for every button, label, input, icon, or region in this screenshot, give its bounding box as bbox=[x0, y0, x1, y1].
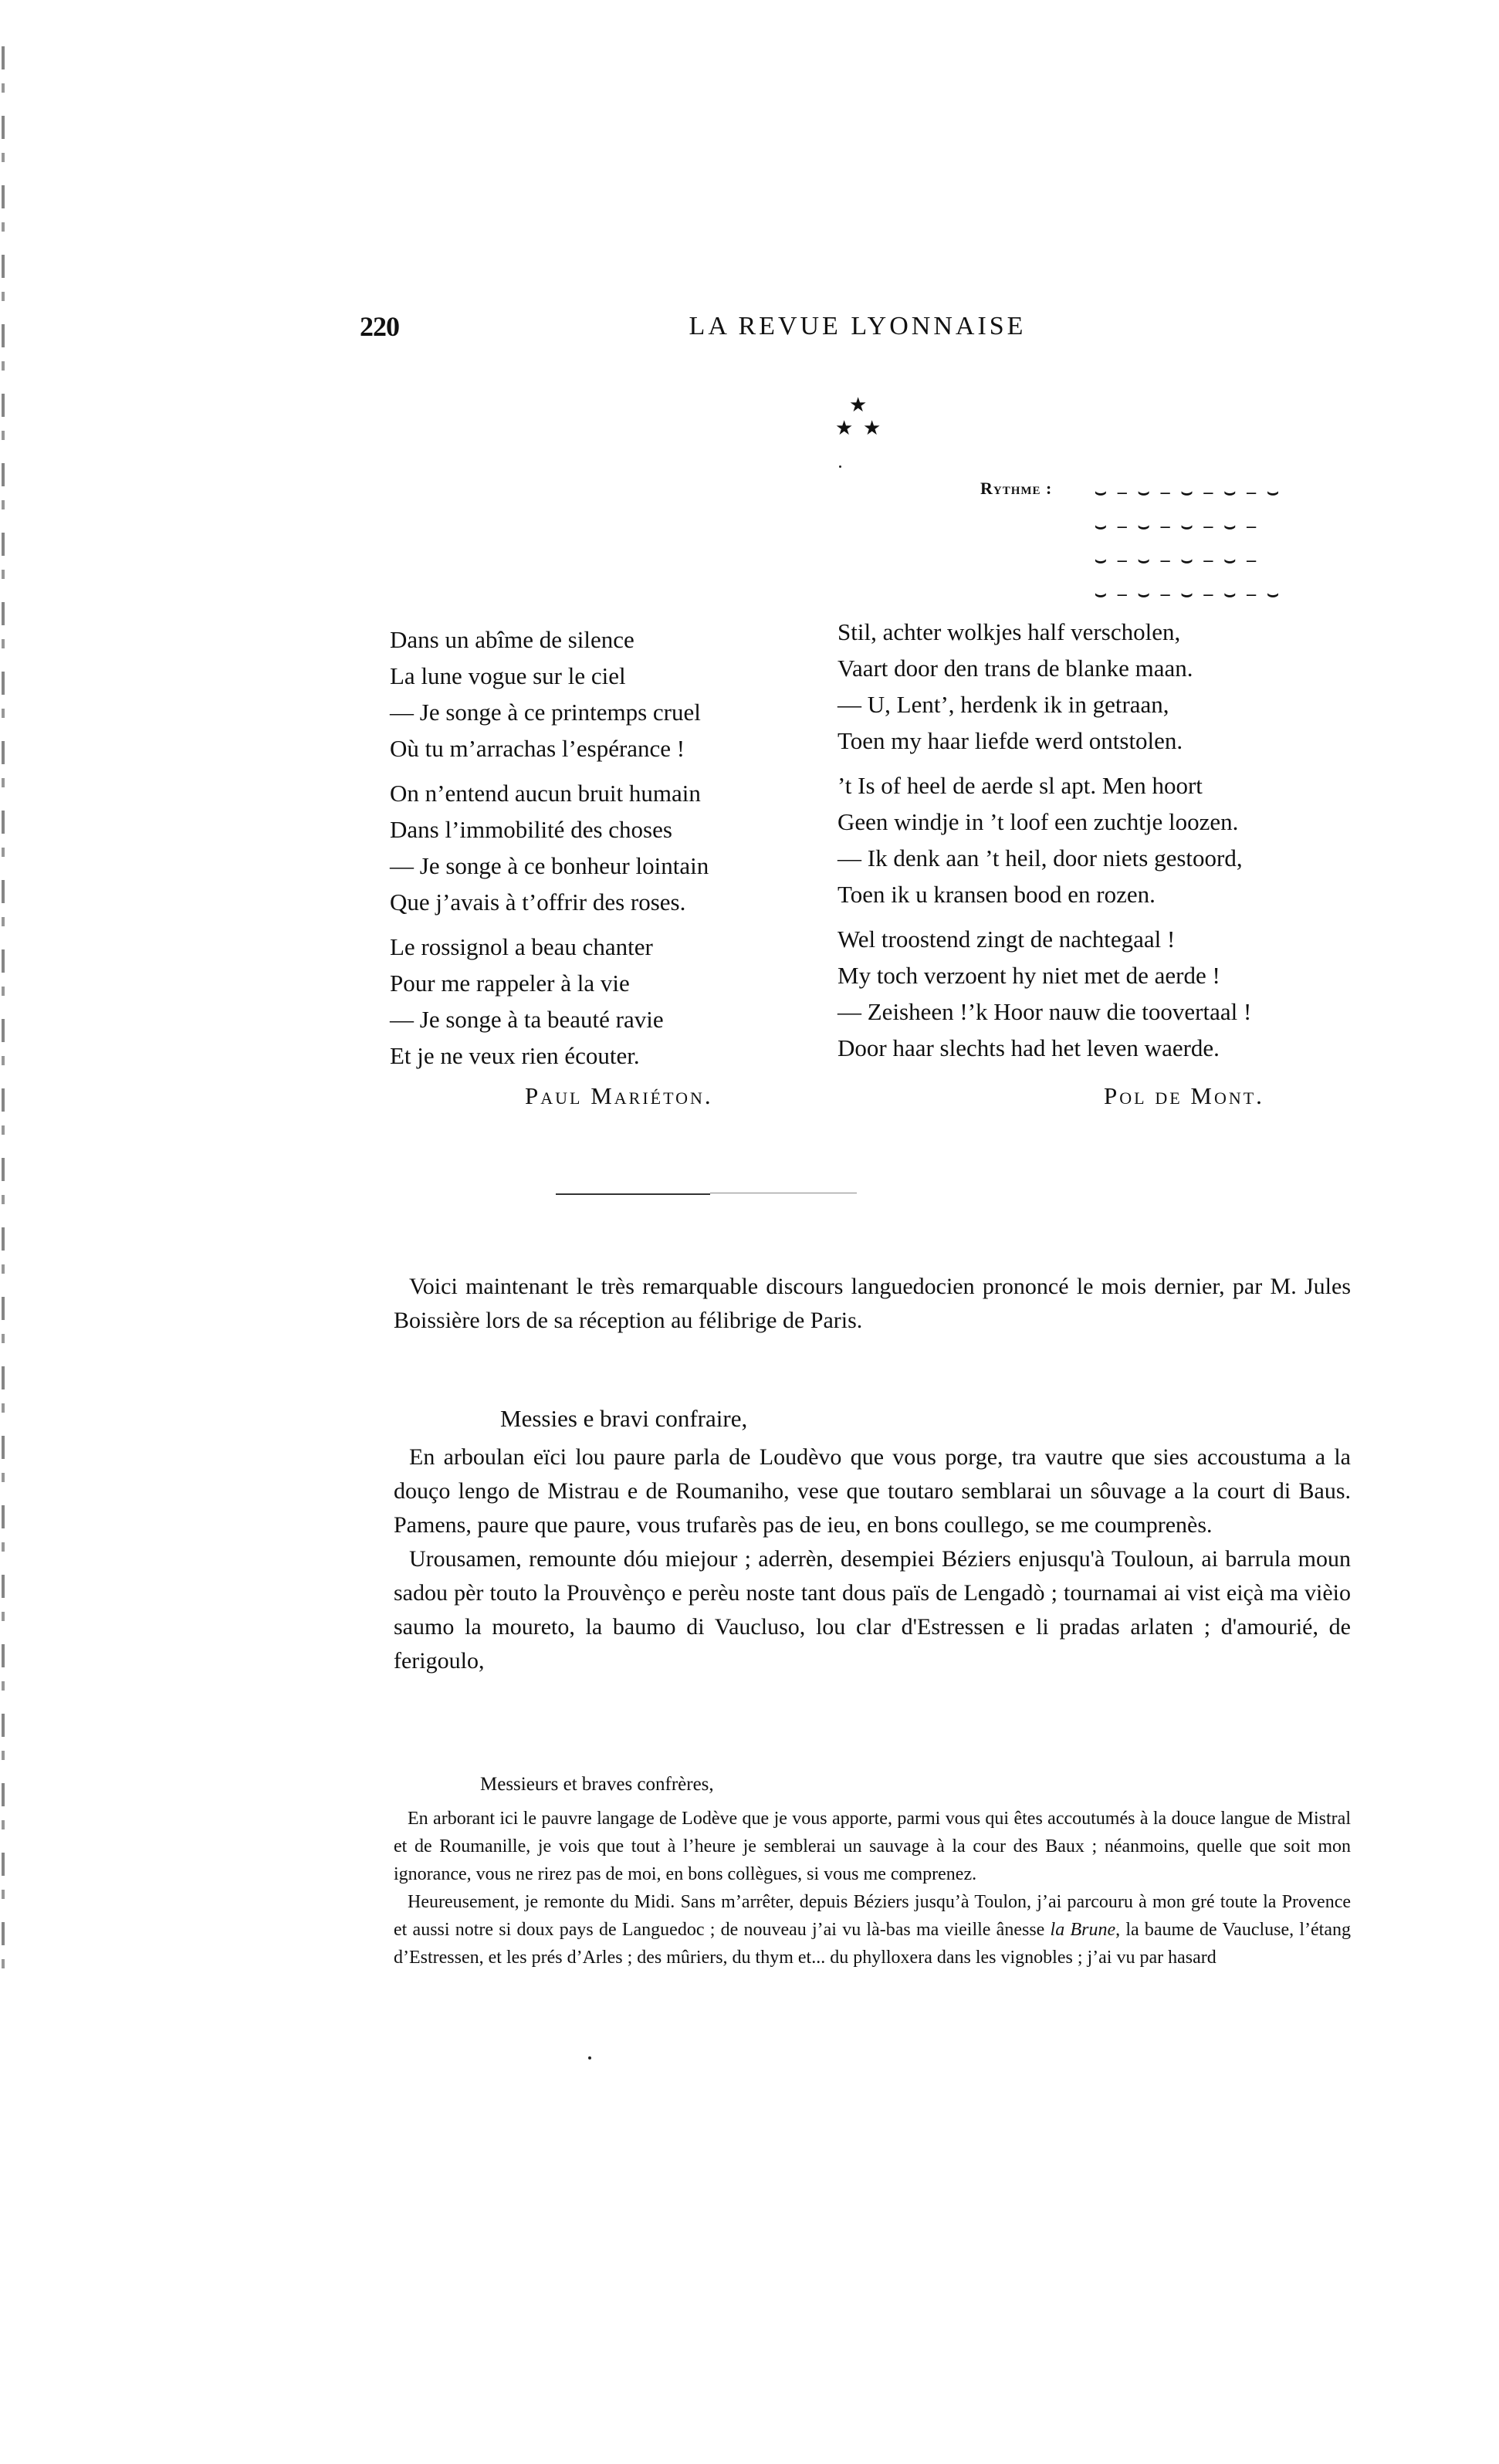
verse: Geen windje in ’t loof een zuchtje looze… bbox=[837, 804, 1362, 840]
section-divider bbox=[710, 1193, 857, 1193]
verse: Et je ne veux rien écouter. bbox=[390, 1037, 822, 1074]
verse: — Je songe à ta beauté ravie bbox=[390, 1001, 822, 1037]
section-divider bbox=[556, 1193, 710, 1195]
metric-line: ⌣ – ⌣ – ⌣ – ⌣ – bbox=[1095, 543, 1326, 577]
stanza: Le rossignol a beau chanter Pour me rapp… bbox=[390, 929, 822, 1074]
stanza: Wel troostend zingt de nachtegaal ! My t… bbox=[837, 921, 1362, 1066]
verse: Où tu m’arrachas l’espérance ! bbox=[390, 730, 822, 767]
poem-dutch: Stil, achter wolkjes half verscholen, Va… bbox=[837, 614, 1362, 1075]
scan-edge-artifact bbox=[2, 46, 5, 1976]
stanza: On n’entend aucun bruit humain Dans l’im… bbox=[390, 775, 822, 920]
author-signature-mariéton: Paul Mariéton. bbox=[525, 1082, 713, 1110]
verse: — U, Lent’, herdenk ik in getraan, bbox=[837, 686, 1362, 723]
speech-paragraph: Urousamen, remounte dóu miejour ; aderrè… bbox=[394, 1542, 1351, 1678]
metric-line: ⌣ – ⌣ – ⌣ – ⌣ – ⌣ bbox=[1095, 577, 1326, 611]
asterism-ornament: ★ ★ ★ bbox=[826, 394, 888, 448]
verse: Wel troostend zingt de nachtegaal ! bbox=[837, 921, 1362, 957]
verse: ’t Is of heel de aerde sl apt. Men hoort bbox=[837, 767, 1362, 804]
verse: Que j’avais à t’offrir des roses. bbox=[390, 884, 822, 920]
scan-speck bbox=[588, 2056, 591, 2060]
verse: Toen my haar liefde werd ontstolen. bbox=[837, 723, 1362, 759]
verse: On n’entend aucun bruit humain bbox=[390, 775, 822, 811]
verse: — Je songe à ce bonheur lointain bbox=[390, 848, 822, 884]
metric-notation: ⌣ – ⌣ – ⌣ – ⌣ – ⌣ ⌣ – ⌣ – ⌣ – ⌣ – ⌣ – ⌣ … bbox=[1095, 476, 1326, 611]
speech-salutation: Messies e bravi confraire, bbox=[500, 1405, 747, 1433]
author-signature-de-mont: Pol de Mont. bbox=[1104, 1082, 1264, 1110]
scan-speck bbox=[839, 465, 841, 468]
intro-text: Voici maintenant le très remarquable dis… bbox=[394, 1270, 1351, 1338]
verse: Pour me rappeler à la vie bbox=[390, 965, 822, 1001]
verse: Dans l’immobilité des choses bbox=[390, 811, 822, 848]
verse: Dans un abîme de silence bbox=[390, 621, 822, 658]
speech-paragraph: En arboulan eïci lou paure parla de Loud… bbox=[394, 1440, 1351, 1542]
stanza: Stil, achter wolkjes half verscholen, Va… bbox=[837, 614, 1362, 759]
verse: Vaart door den trans de blanke maan. bbox=[837, 650, 1362, 686]
intro-paragraph: Voici maintenant le très remarquable dis… bbox=[394, 1270, 1351, 1338]
verse: — Ik denk aan ’t heil, door niets gestoo… bbox=[837, 840, 1362, 876]
verse: La lune vogue sur le ciel bbox=[390, 658, 822, 694]
stanza: Dans un abîme de silence La lune vogue s… bbox=[390, 621, 822, 767]
rhythm-label: Rythme : bbox=[980, 479, 1052, 499]
star-icon: ★ bbox=[863, 417, 881, 440]
stanza: ’t Is of heel de aerde sl apt. Men hoort… bbox=[837, 767, 1362, 912]
metric-line: ⌣ – ⌣ – ⌣ – ⌣ – ⌣ bbox=[1095, 476, 1326, 509]
italic-name: la Brune bbox=[1051, 1920, 1116, 1940]
star-icon: ★ bbox=[835, 417, 853, 440]
translation-footnote: En arborant ici le pauvre langage de Lod… bbox=[394, 1805, 1351, 1972]
verse: My toch verzoent hy niet met de aerde ! bbox=[837, 957, 1362, 993]
page-header: 220 LA REVUE LYONNAISE bbox=[360, 310, 1348, 349]
verse: Toen ik u kransen bood en rozen. bbox=[837, 876, 1362, 912]
running-title: LA REVUE LYONNAISE bbox=[499, 312, 1216, 341]
page-number: 220 bbox=[360, 310, 399, 343]
verse: — Je songe à ce printemps cruel bbox=[390, 694, 822, 730]
speech-body: En arboulan eïci lou paure parla de Loud… bbox=[394, 1440, 1351, 1678]
poem-french: Dans un abîme de silence La lune vogue s… bbox=[390, 621, 822, 1082]
translation-paragraph: Heureusement, je remonte du Midi. Sans m… bbox=[394, 1888, 1351, 1972]
verse: Door haar slechts had het leven waerde. bbox=[837, 1030, 1362, 1066]
verse: Stil, achter wolkjes half verscholen, bbox=[837, 614, 1362, 650]
translation-salutation: Messieurs et braves confrères, bbox=[480, 1774, 714, 1796]
verse: Le rossignol a beau chanter bbox=[390, 929, 822, 965]
translation-paragraph: En arborant ici le pauvre langage de Lod… bbox=[394, 1805, 1351, 1888]
metric-line: ⌣ – ⌣ – ⌣ – ⌣ – bbox=[1095, 509, 1326, 543]
star-icon: ★ bbox=[849, 394, 867, 417]
verse: — Zeisheen !’k Hoor nauw die toovertaal … bbox=[837, 993, 1362, 1030]
